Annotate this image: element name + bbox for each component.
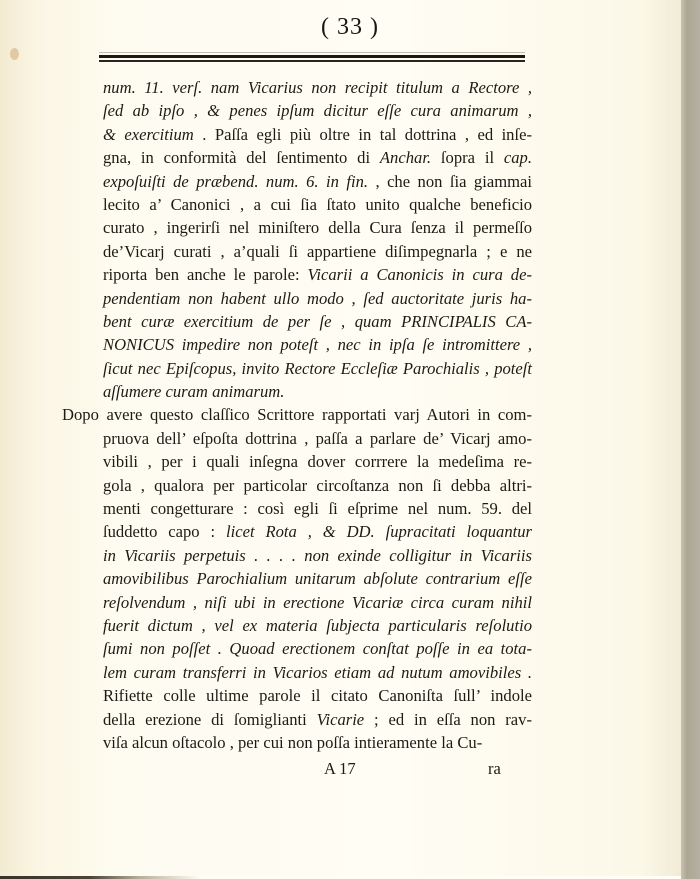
roman-text: vibili , per i quali inſegna dover corrr…: [103, 452, 532, 471]
roman-text: Rifiette colle ultime parole il citato C…: [103, 686, 532, 705]
text-line: lem curam transferri in Vicarios etiam a…: [62, 661, 532, 684]
roman-text: , che non ſia giammai: [368, 172, 532, 191]
signature-mark: A 17: [324, 759, 356, 779]
roman-text: riporta ben anche le parole:: [103, 265, 307, 284]
text-line: ſumi non poſſet . Quoad erectionem conſt…: [62, 637, 532, 660]
italic-text: reſolvendum , niſi ubi in erectione Vica…: [103, 593, 532, 612]
roman-text: menti congetturare : così egli ſi eſprim…: [103, 499, 532, 518]
roman-text: Dopo avere questo claſſico Scrittore rap…: [62, 405, 532, 424]
catchword: ra: [488, 759, 501, 779]
italic-text: fuerit dictum , vel ex materia ſubjecta …: [103, 616, 532, 635]
body-text: num. 11. verſ. nam Vicarius non recipit …: [62, 76, 532, 754]
roman-text: ſopra il: [431, 148, 504, 167]
text-line: pruova dell’ eſpoſta dottrina , paſſa a …: [62, 427, 532, 450]
paper-stain: [10, 48, 19, 60]
text-line: curato , ingerirſi nel miniſtero della C…: [62, 216, 532, 239]
text-line: ſuddetto capo : licet Rota , & DD. ſupra…: [62, 520, 532, 543]
text-line: Rifiette colle ultime parole il citato C…: [62, 684, 532, 707]
italic-text: Anchar.: [380, 148, 431, 167]
text-line: fuerit dictum , vel ex materia ſubjecta …: [62, 614, 532, 637]
text-line: ſicut nec Epiſcopus, invito Rectore Eccl…: [62, 357, 532, 380]
roman-text: pruova dell’ eſpoſta dottrina , paſſa a …: [103, 429, 532, 448]
text-line: & exercitium . Paſſa egli più oltre in t…: [62, 123, 532, 146]
italic-text: PRINCIPALIS CA-: [401, 312, 532, 331]
text-line: in Vicariis perpetuis . . . . non exinde…: [62, 544, 532, 567]
rule-thick: [99, 55, 525, 58]
italic-text: ſicut nec Epiſcopus, invito Rectore Eccl…: [103, 359, 532, 378]
roman-text: curato , ingerirſi nel miniſtero della C…: [103, 218, 532, 237]
italic-text: lem curam transferri in Vicarios etiam a…: [103, 663, 532, 682]
text-line: riporta ben anche le parole: Vicarii a C…: [62, 263, 532, 286]
italic-text: expoſuiſti de præbend. num. 6. in fin.: [103, 172, 368, 191]
text-line: lecito a’ Canonici , a cui ſia ſtato uni…: [62, 193, 532, 216]
text-line: num. 11. verſ. nam Vicarius non recipit …: [62, 76, 532, 99]
text-line: della erezione di ſomiglianti Vicarie ; …: [62, 708, 532, 731]
italic-text: NONICUS: [103, 335, 174, 354]
italic-text: licet Rota , & DD. ſupracitati loquantur: [226, 522, 532, 541]
rule-thin-top: [99, 52, 525, 53]
text-line: aſſumere curam animarum.: [62, 380, 532, 403]
roman-text: ſuddetto capo :: [103, 522, 226, 541]
italic-text: ſumi non poſſet . Quoad erectionem conſt…: [103, 639, 532, 658]
italic-text: amovibilibus Parochialium unitarum abſol…: [103, 569, 532, 588]
text-line: de’Vicarj curati , a’quali ſi appartiene…: [62, 240, 532, 263]
text-line: gna, in conformità del ſentimento di Anc…: [62, 146, 532, 169]
italic-text: in Vicariis perpetuis . . . . non exinde…: [103, 546, 532, 565]
roman-text: della erezione di ſomiglianti: [103, 710, 317, 729]
italic-text: aſſumere curam animarum.: [103, 382, 284, 401]
roman-text: lecito a’ Canonici , a cui ſia ſtato uni…: [103, 195, 532, 214]
roman-text: gna, in conformità del ſentimento di: [103, 148, 380, 167]
rule-thin-bottom: [99, 60, 525, 62]
page-footer: A 17 ra: [0, 759, 700, 783]
italic-text: ſed ab ipſo , & penes ipſum dicitur eſſe…: [103, 101, 532, 120]
text-line: pendentiam non habent ullo modo , ſed au…: [62, 287, 532, 310]
italic-text: bent curæ exercitium de per ſe , quam: [103, 312, 401, 331]
text-line: reſolvendum , niſi ubi in erectione Vica…: [62, 591, 532, 614]
header-rule: [99, 52, 525, 62]
text-line: NONICUS impedire non poteſt , nec in ipſ…: [62, 333, 532, 356]
roman-text: . Paſſa egli più oltre in tal dottrina ,…: [194, 125, 532, 144]
text-line: amovibilibus Parochialium unitarum abſol…: [62, 567, 532, 590]
italic-text: Vicarie: [317, 710, 365, 729]
italic-text: pendentiam non habent ullo modo , ſed au…: [103, 289, 532, 308]
text-line: Dopo avere questo claſſico Scrittore rap…: [62, 403, 532, 426]
italic-text: Vicarii a Canonicis in cura de-: [307, 265, 532, 284]
italic-text: num. 11. verſ. nam Vicarius non recipit …: [103, 78, 532, 97]
text-line: vibili , per i quali inſegna dover corrr…: [62, 450, 532, 473]
page-number: ( 33 ): [0, 14, 700, 41]
text-line: ſed ab ipſo , & penes ipſum dicitur eſſe…: [62, 99, 532, 122]
text-line: gola , qualora per particolar circoſtanz…: [62, 474, 532, 497]
text-line: expoſuiſti de præbend. num. 6. in fin. ,…: [62, 170, 532, 193]
roman-text: viſa alcun oſtacolo , per cui non poſſa …: [103, 733, 482, 752]
roman-text: gola , qualora per particolar circoſtanz…: [103, 476, 532, 495]
text-line: bent curæ exercitium de per ſe , quam PR…: [62, 310, 532, 333]
italic-text: cap.: [504, 148, 532, 167]
roman-text: de’Vicarj curati , a’quali ſi appartiene…: [103, 242, 532, 261]
text-line: viſa alcun oſtacolo , per cui non poſſa …: [62, 731, 532, 754]
italic-text: impedire non poteſt , nec in ipſa ſe int…: [174, 335, 532, 354]
page-edge-right: [681, 0, 700, 879]
roman-text: ; ed in eſſa non rav-: [364, 710, 532, 729]
text-line: menti congetturare : così egli ſi eſprim…: [62, 497, 532, 520]
italic-text: & exercitium: [103, 125, 194, 144]
